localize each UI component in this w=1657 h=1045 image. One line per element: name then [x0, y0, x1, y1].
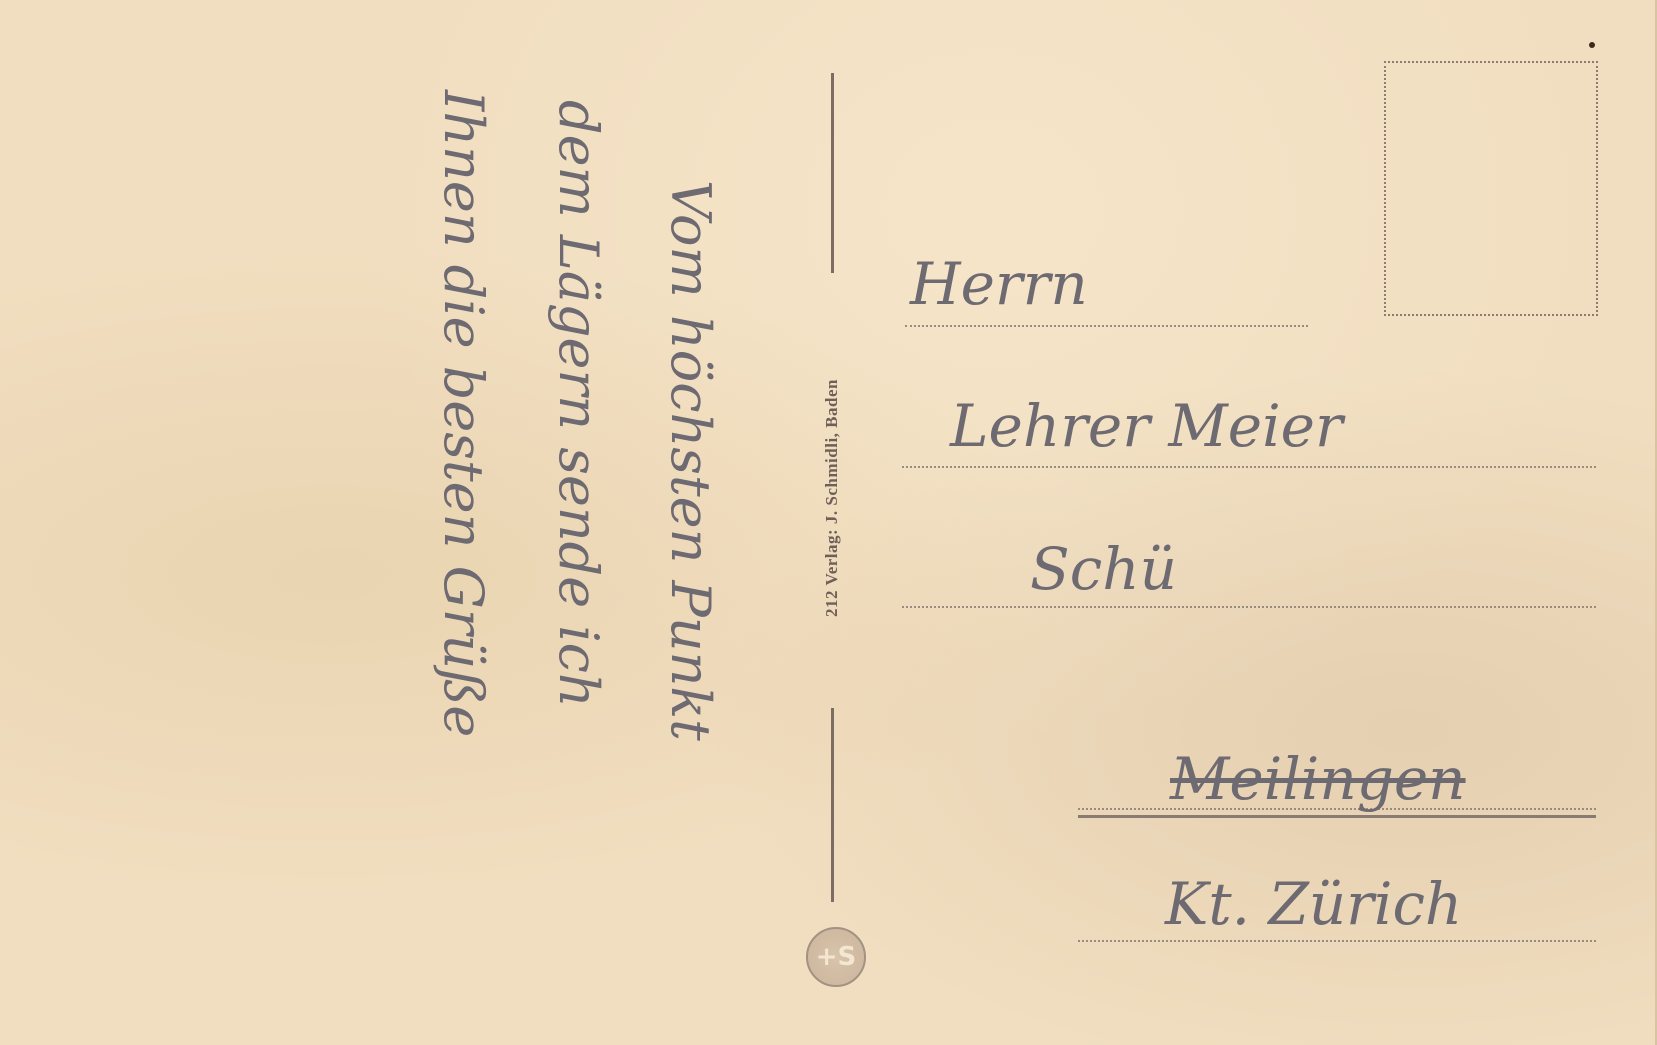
ink-spot — [1589, 42, 1595, 48]
stamp-box — [1384, 61, 1598, 316]
address-street: Schü — [1030, 535, 1177, 603]
address-name: Lehrer Meier — [950, 392, 1343, 460]
divider-top — [831, 73, 834, 273]
message-line-1: Vom höchsten Punkt — [659, 180, 722, 741]
address-town: Meilingen — [1170, 745, 1466, 813]
address-line-2 — [902, 466, 1596, 468]
postcard-back: Vom höchsten Punkt dem Lägern sende ich … — [0, 0, 1657, 1045]
message-line-2: dem Lägern sende ich — [547, 100, 610, 708]
swiss-cross-s-logo-icon: +S — [806, 927, 866, 987]
address-line-3 — [902, 606, 1596, 608]
address-canton: Kt. Zürich — [1165, 870, 1462, 938]
address-underline-solid — [1078, 815, 1596, 818]
address-salutation: Herrn — [910, 250, 1088, 318]
message-line-3: Ihnen die besten Grüße — [432, 90, 495, 737]
divider-bottom — [831, 708, 834, 902]
address-line-5 — [1078, 940, 1596, 942]
publisher-imprint: 212 Verlag: J. Schmidli, Baden — [822, 379, 842, 617]
address-line-1 — [905, 325, 1308, 327]
